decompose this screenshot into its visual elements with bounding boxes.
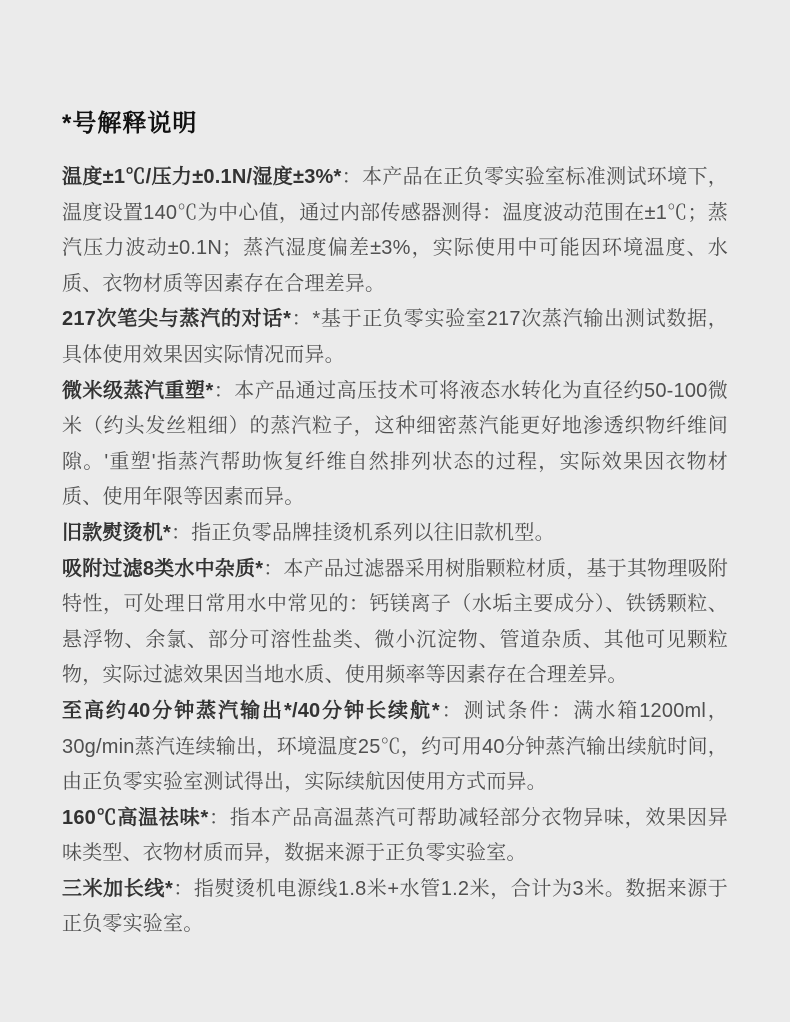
note-label: 微米级蒸汽重塑*	[62, 380, 213, 402]
note-label: 吸附过滤8类水中杂质*	[62, 558, 263, 580]
note-paragraph-micron-steam: 微米级蒸汽重塑*：本产品通过高压技术可将液态水转化为直径约50-100微米（约头…	[62, 374, 728, 516]
note-paragraph-three-meter-cord: 三米加长线*：指熨烫机电源线1.8米+水管1.2米，合计为3米。数据来源于正负零…	[62, 872, 728, 943]
page-title: *号解释说明	[62, 112, 728, 136]
note-paragraph-old-model: 旧款熨烫机*：指正负零品牌挂烫机系列以往旧款机型。	[62, 516, 728, 552]
note-label: 160℃高温祛味*	[62, 807, 208, 829]
note-label: 三米加长线*	[62, 878, 173, 900]
note-text: ：指正负零品牌挂烫机系列以往旧款机型。	[171, 522, 555, 544]
note-label: 旧款熨烫机*	[62, 522, 171, 544]
note-paragraph-temperature-tolerance: 温度±1℃/压力±0.1N/湿度±3%*：本产品在正负零实验室标准测试环境下，温…	[62, 160, 728, 302]
note-label: 217次笔尖与蒸汽的对话*	[62, 308, 291, 330]
disclaimer-page: *号解释说明 温度±1℃/压力±0.1N/湿度±3%*：本产品在正负零实验室标准…	[0, 0, 790, 1022]
note-paragraph-217-tests: 217次笔尖与蒸汽的对话*：*基于正负零实验室217次蒸汽输出测试数据，具体使用…	[62, 302, 728, 373]
note-label: 至高约40分钟蒸汽输出*/40分钟长续航*	[62, 700, 440, 722]
note-label: 温度±1℃/压力±0.1N/湿度±3%*	[62, 166, 342, 188]
note-paragraph-filter-impurities: 吸附过滤8类水中杂质*：本产品过滤器采用树脂颗粒材质，基于其物理吸附特性，可处理…	[62, 552, 728, 694]
note-paragraph-odor-removal: 160℃高温祛味*：指本产品高温蒸汽可帮助减轻部分衣物异味，效果因异味类型、衣物…	[62, 801, 728, 872]
notes-section: 温度±1℃/压力±0.1N/湿度±3%*：本产品在正负零实验室标准测试环境下，温…	[62, 160, 728, 943]
note-paragraph-40min-output: 至高约40分钟蒸汽输出*/40分钟长续航*：测试条件：满水箱1200ml，30g…	[62, 694, 728, 801]
